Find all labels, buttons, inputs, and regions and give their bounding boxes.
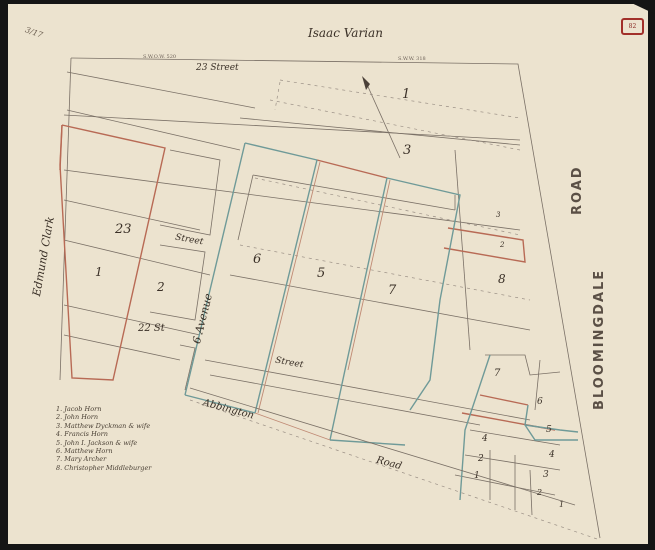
legend-item: 8. Christopher Middleburger [56,464,151,472]
owners-legend: 1. Jacob Horn 2. John Horn 3. Matthew Dy… [56,405,151,472]
legend-item: 7. Mary Archer [56,455,151,463]
legend-item: 2. John Horn [56,413,151,421]
lot-number: 3 [543,470,549,480]
lot-number: 3 [496,211,500,219]
legend-item: 5. John I. Jackson & wife [56,439,151,447]
lot-number: 6 [537,397,543,407]
measurement-top-left: S.W.O.W. 520 [143,54,176,60]
lot-number: 2 [537,488,542,497]
street-22-label: 22 St [138,323,165,334]
lot-number: 2 [157,280,165,294]
lot-number: 4 [549,450,555,460]
lot-number: 1 [559,500,564,509]
lot-number: 23 [115,222,132,237]
measurement-top-right: S.W.W. 318 [398,56,426,62]
lot-number: 2 [500,241,504,249]
neighbor-label-top: Isaac Varian [308,26,383,40]
lot-number: 8 [498,272,506,286]
lot-number: 1 [95,265,103,279]
lot-number: 3 [403,143,411,158]
lot-number: 2 [478,454,484,464]
street-23-label-top: 23 Street [196,63,239,73]
lot-number: 5 [546,425,552,435]
archive-stamp: 82 [621,18,644,35]
road-label-upper: ROAD [570,165,585,215]
legend-item: 1. Jacob Horn [56,405,151,413]
lot-number: 7 [388,283,396,298]
legend-item: 4. Francis Horn [56,430,151,438]
legend-item: 6. Matthew Horn [56,447,151,455]
lot-number: 1 [474,471,480,481]
lot-number: 5 [317,266,325,281]
lot-number: 7 [494,368,500,379]
lot-number: 1 [402,87,410,102]
legend-item: 3. Matthew Dyckman & wife [56,422,151,430]
road-label-lower: BLOOMINGDALE [592,269,607,410]
lot-number: 6 [253,252,261,267]
lot-number: 4 [482,434,488,444]
